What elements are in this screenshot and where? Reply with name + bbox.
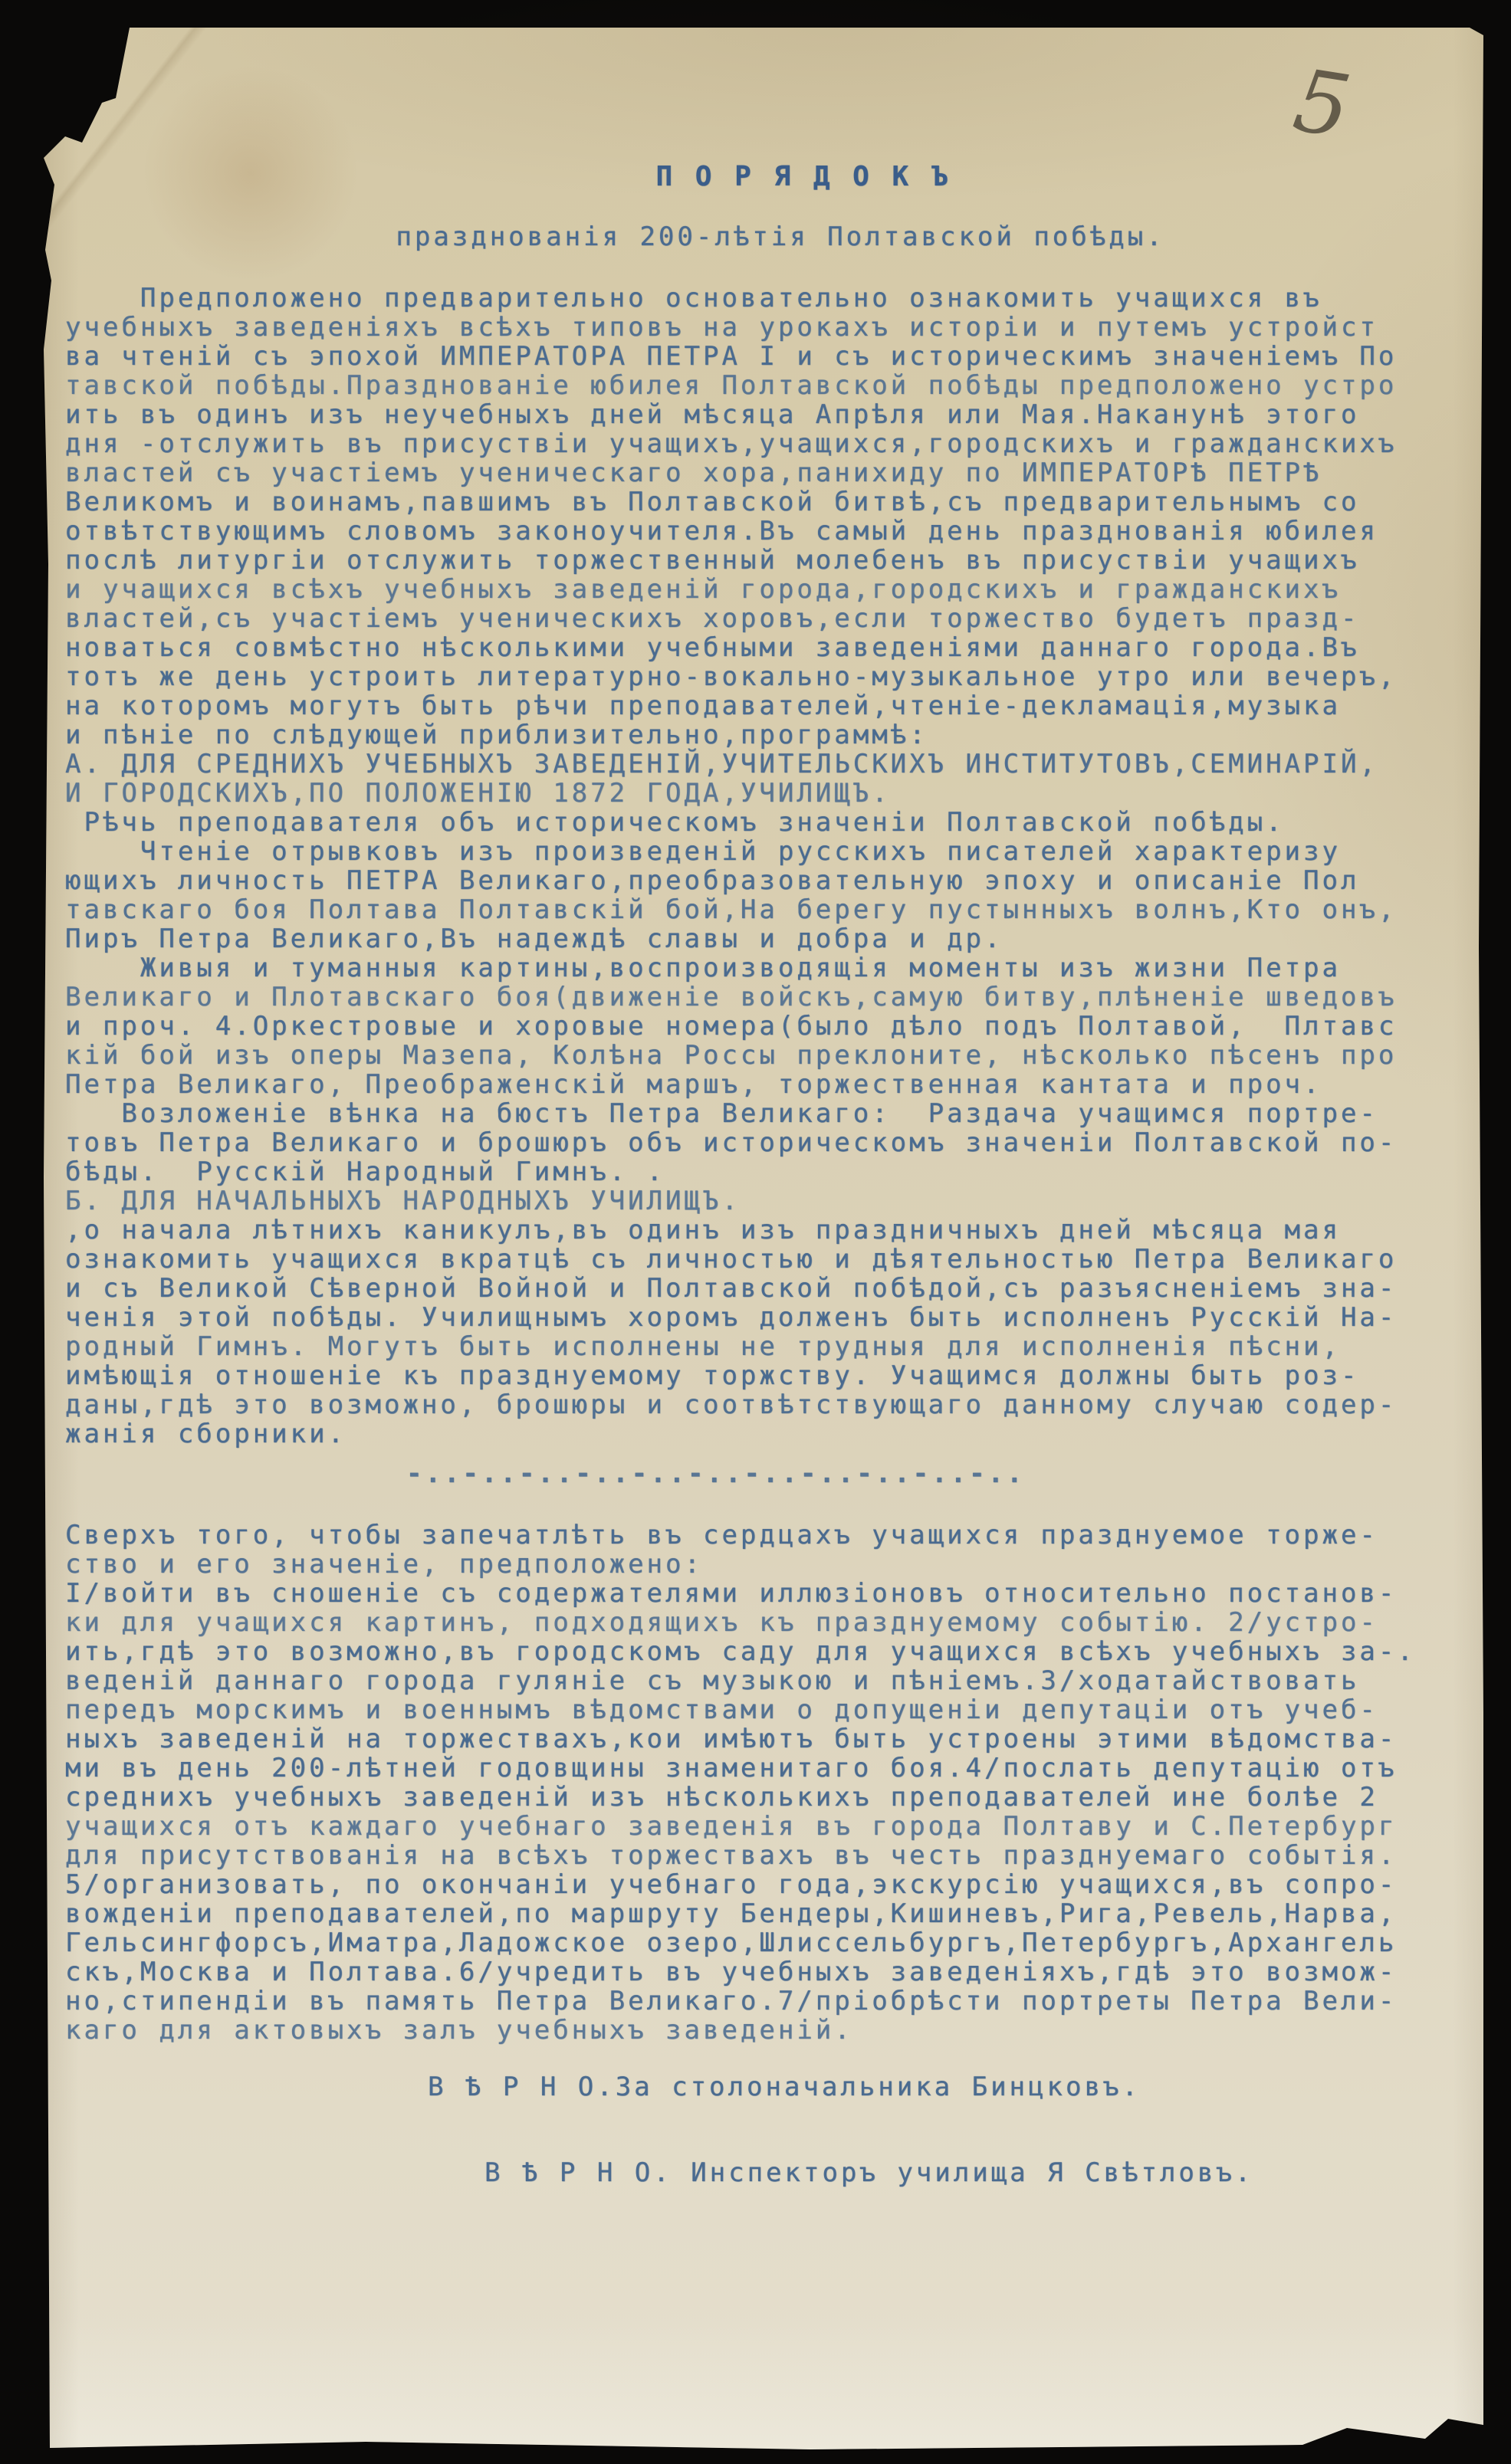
typed-line: ство и его значеніе, предположено: [65, 1550, 1468, 1579]
typed-line: ить,гдѣ это возможно,въ городскомъ саду … [65, 1637, 1468, 1666]
typed-text-column: П О Р Я Д О К Ъ празднованія 200-лѣтія П… [44, 162, 1483, 2187]
typed-line: товъ Петра Великаго и брошюръ объ истори… [65, 1128, 1468, 1157]
typed-body-upper: Предположено предварительно основательно… [65, 284, 1468, 1449]
typed-line: А. ДЛЯ СРЕДНИХЪ УЧЕБНЫХЪ ЗАВЕДЕНІЙ,УЧИТЕ… [65, 750, 1468, 779]
typed-line: Сверхъ того, чтобы запечатлѣть въ сердца… [65, 1521, 1468, 1550]
typed-line: учащихся отъ каждаго учебнаго заведенія … [65, 1812, 1468, 1841]
typed-line: и проч. 4.Оркестровые и хоровые номера(б… [65, 1012, 1468, 1041]
typed-line: Чтеніе отрывковъ изъ произведеній русски… [65, 837, 1468, 866]
typed-line: Великаго и Плотавскаго боя(движеніе войс… [65, 983, 1468, 1012]
typed-line: учебныхъ заведеніяхъ всѣхъ типовъ на уро… [65, 313, 1468, 342]
typed-line: послѣ литургіи отслужить торжественный м… [65, 546, 1468, 575]
dashed-separator: -..-..-..-..-..-..-..-..-..-..-.. [65, 1459, 1468, 1488]
typed-line: веденій даннаго города гуляніе съ музыко… [65, 1666, 1468, 1695]
typed-line: Пиръ Петра Великаго,Въ надеждѣ славы и д… [65, 924, 1468, 953]
typed-line: тавской побѣды.Празднованіе юбилея Полта… [65, 371, 1468, 400]
typed-line: 5/организовать, по окончаніи учебнаго го… [65, 1870, 1468, 1899]
typed-line: Гельсингфорсъ,Иматра,Ладожское озеро,Шли… [65, 1928, 1468, 1957]
typed-line: и съ Великой Сѣверной Войной и Полтавско… [65, 1274, 1468, 1303]
typed-line: I/войти въ сношеніе съ содержателями илл… [65, 1579, 1468, 1608]
typed-line: Предположено предварительно основательно… [65, 284, 1468, 313]
typed-line: ченія этой побѣды. Училищнымъ хоромъ дол… [65, 1303, 1468, 1332]
typed-line: на которомъ могутъ быть рѣчи преподавате… [65, 691, 1468, 720]
typed-line: ва чтеній съ эпохой ИМПЕРАТОРА ПЕТРА I и… [65, 342, 1468, 371]
typed-line: бѣды. Русскій Народный Гимнъ. . [65, 1157, 1468, 1186]
typed-line: передъ морскимъ и военнымъ вѣдомствами о… [65, 1695, 1468, 1724]
typed-line: ознакомить учащихся вкратцѣ съ личностью… [65, 1245, 1468, 1274]
typed-line: каго для актовыхъ залъ учебныхъ заведені… [65, 2016, 1468, 2045]
typed-line: Возложеніе вѣнка на бюстъ Петра Великаго… [65, 1099, 1468, 1128]
typed-line: Б. ДЛЯ НАЧАЛЬНЫХЪ НАРОДНЫХЪ УЧИЛИЩЪ. [65, 1186, 1468, 1216]
typed-line: даны,гдѣ это возможно, брошюры и соотвѣт… [65, 1390, 1468, 1419]
document-title: П О Р Я Д О К Ъ [102, 162, 1505, 192]
typed-line: ,о начала лѣтнихъ каникулъ,въ одинъ изъ … [65, 1216, 1468, 1245]
document-page: 5 П О Р Я Д О К Ъ празднованія 200-лѣтія… [44, 28, 1483, 2453]
typed-line: И ГОРОДСКИХЪ,ПО ПОЛОЖЕНІЮ 1872 ГОДА,УЧИЛ… [65, 779, 1468, 808]
typed-line: ки для учащихся картинъ, подходящихъ къ … [65, 1608, 1468, 1637]
typed-line: ить въ одинъ изъ неучебныхъ дней мѣсяца … [65, 400, 1468, 429]
typed-line: новаться совмѣстно нѣсколькими учебными … [65, 633, 1468, 662]
typed-line: дня -отслужить въ присуствіи учащихъ,уча… [65, 429, 1468, 458]
typed-line: тавскаго боя Полтава Полтавскій бой,На б… [65, 895, 1468, 924]
typed-line: и учащихся всѣхъ учебныхъ заведеній горо… [65, 575, 1468, 604]
certification-line-2: В Ѣ Р Н О. Инспекторъ училища Я Свѣтловъ… [65, 2158, 1468, 2187]
typed-line: скъ,Москва и Полтава.6/учредить въ учебн… [65, 1957, 1468, 1987]
typed-line: Великомъ и воинамъ,павшимъ въ Полтавской… [65, 487, 1468, 517]
typed-line: тотъ же день устроить литературно-вокаль… [65, 662, 1468, 691]
handwritten-page-number: 5 [1289, 57, 1356, 151]
typed-line: имѣющія отношеніе къ празднуемому торжст… [65, 1361, 1468, 1390]
typed-line: властей,съ участіемъ ученическихъ хоровъ… [65, 604, 1468, 633]
typed-line: но,стипендіи въ память Петра Великаго.7/… [65, 1987, 1468, 2016]
typed-line: родный Гимнъ. Могутъ быть исполнены не т… [65, 1332, 1468, 1361]
typed-line: ныхъ заведеній на торжествахъ,кои имѣютъ… [65, 1724, 1468, 1754]
document-subtitle: празднованія 200-лѣтія Полтавской побѣды… [79, 222, 1482, 251]
typed-line: отвѣтствующимъ словомъ законоучителя.Въ … [65, 517, 1468, 546]
certification-line-1: В Ѣ Р Н О.За столоначальника Бинцковъ. [65, 2072, 1468, 2101]
typed-line: властей съ участіемъ ученическаго хора,п… [65, 458, 1468, 487]
typed-line: кій бой изъ оперы Мазепа, Колѣна Россы п… [65, 1041, 1468, 1070]
typed-line: для присутствованія на всѣхъ торжествахъ… [65, 1841, 1468, 1870]
typed-line: ми въ день 200-лѣтней годовщины знаменит… [65, 1754, 1468, 1783]
typed-line: и пѣніе по слѣдующей приблизительно,прог… [65, 720, 1468, 750]
typed-line: среднихъ учебныхъ заведеній изъ нѣскольк… [65, 1783, 1468, 1812]
typed-line: Рѣчь преподавателя объ историческомъ зна… [65, 808, 1468, 837]
typed-line: ющихъ личность ПЕТРА Великаго,преобразов… [65, 866, 1468, 895]
typed-line: Живыя и туманныя картины,воспроизводящія… [65, 953, 1468, 983]
typed-line: Петра Великаго, Преображенскій маршъ, то… [65, 1070, 1468, 1099]
typed-body-lower: Сверхъ того, чтобы запечатлѣть въ сердца… [65, 1521, 1468, 2045]
typed-line: жанія сборники. [65, 1419, 1468, 1449]
typed-line: вожденіи преподавателей,по маршруту Бенд… [65, 1899, 1468, 1928]
